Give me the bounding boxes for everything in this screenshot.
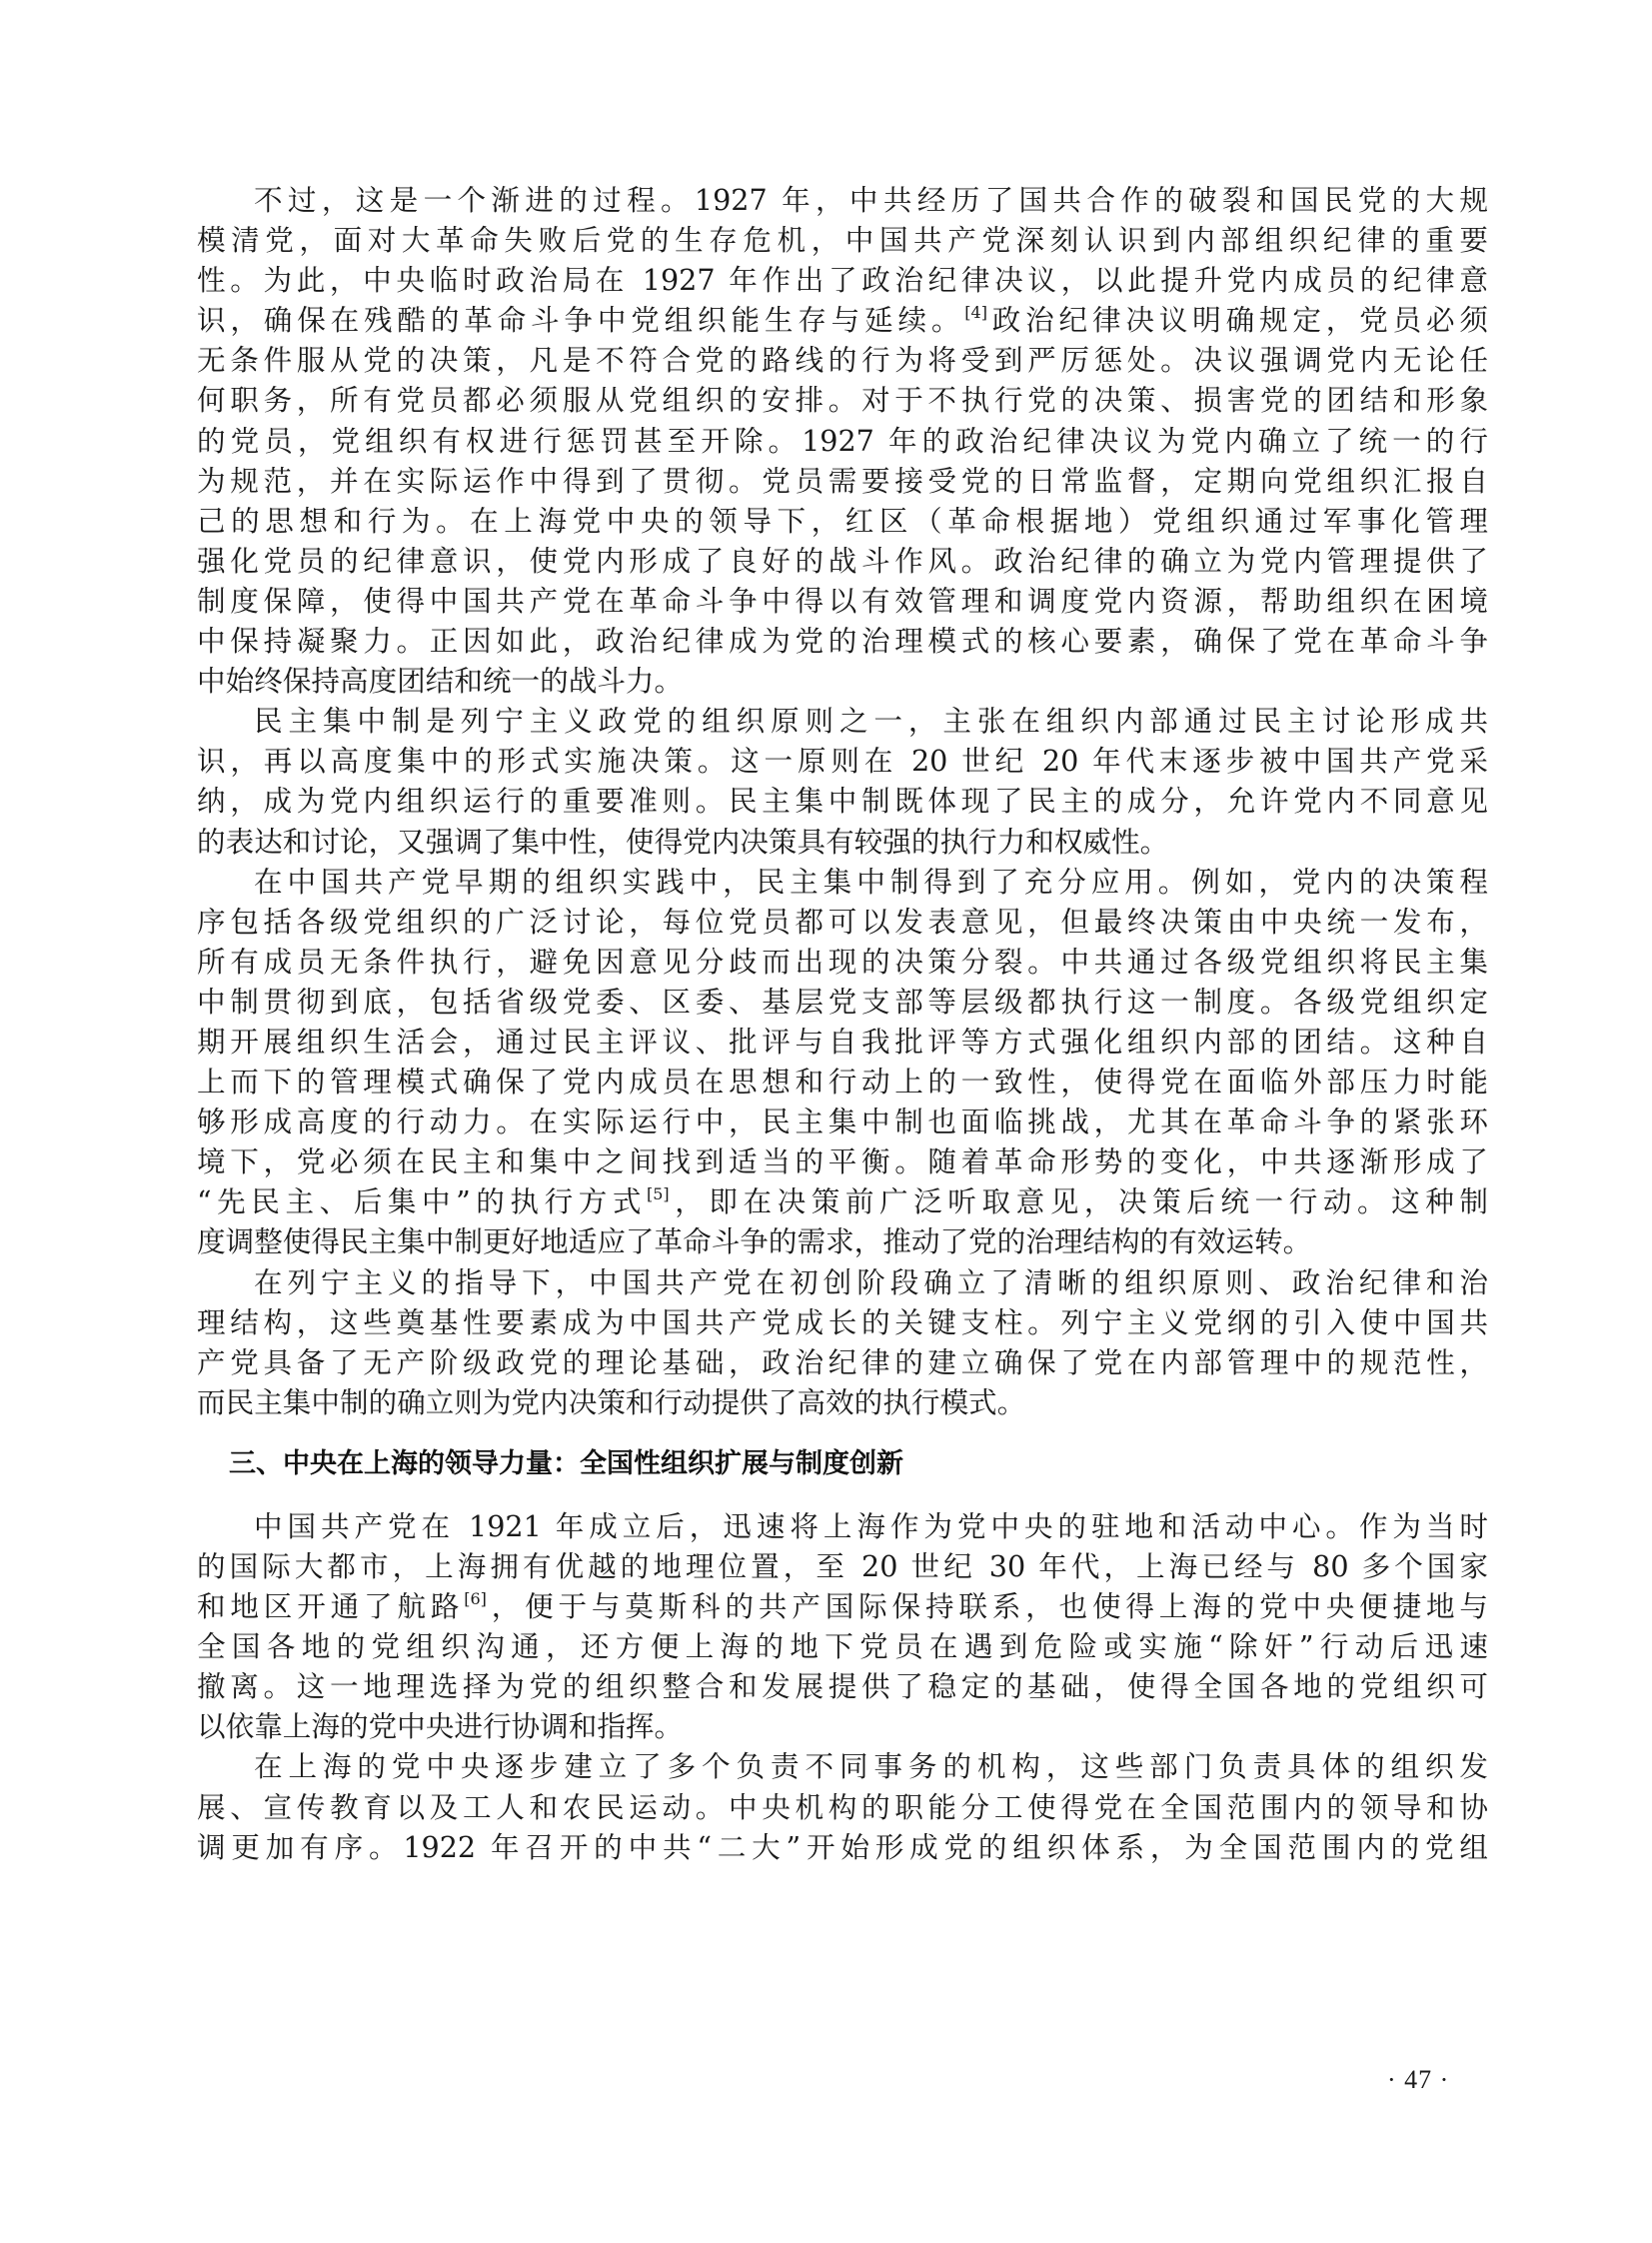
text-line: 无条件服从党的决策，凡是不符合党的路线的行为将受到严厉惩处。决议强调党内无论任 [197,340,1488,380]
text-line: 而民主集中制的确立则为党内决策和行动提供了高效的执行模式。 [197,1382,1488,1422]
text-line: 强化党员的纪律意识，使党内形成了良好的战斗作风。政治纪律的确立为党内管理提供了 [197,541,1488,581]
text-line: 产党具备了无产阶级政党的理论基础，政治纪律的建立确保了党在内部管理中的规范性， [197,1342,1488,1382]
text-line: 模清党，面对大革命失败后党的生存危机，中国共产党深刻认识到内部组织纪律的重要 [197,220,1488,260]
paragraph-political-discipline: 不过，这是一个渐进的过程。1927 年，中共经历了国共合作的破裂和国民党的大规 … [197,180,1488,701]
text-line: 境下，党必须在民主和集中之间找到适当的平衡。随着革命形势的变化，中共逐渐形成了 [197,1141,1488,1181]
document-page: 不过，这是一个渐进的过程。1927 年，中共经历了国共合作的破裂和国民党的大规 … [0,0,1652,2243]
text-line: 序包括各级党组织的广泛讨论，每位党员都可以发表意见，但最终决策由中央统一发布， [197,902,1488,942]
text-line: 调更加有序。1922 年召开的中共“二大”开始形成党的组织体系，为全国范围内的党… [197,1827,1488,1867]
paragraph-central-institutions: 在上海的党中央逐步建立了多个负责不同事务的机构，这些部门负责具体的组织发 展、宣… [197,1746,1488,1866]
paragraph-early-practice: 在中国共产党早期的组织实践中，民主集中制得到了充分应用。例如，党内的决策程 序包… [197,862,1488,1262]
text-line: 中保持凝聚力。正因如此，政治纪律成为党的治理模式的核心要素，确保了党在革命斗争 [197,621,1488,661]
text-line: 上而下的管理模式确保了党内成员在思想和行动上的一致性，使得党在面临外部压力时能 [197,1062,1488,1102]
text-line: 理结构，这些奠基性要素成为中国共产党成长的关键支柱。列宁主义党纲的引入使中国共 [197,1302,1488,1342]
page-number: · 47 · [1387,2065,1449,2095]
text-line: 为规范，并在实际运作中得到了贯彻。党员需要接受党的日常监督，定期向党组织汇报自 [197,461,1488,501]
text-line: 所有成员无条件执行，避免因意见分歧而出现的决策分裂。中共通过各级党组织将民主集 [197,942,1488,982]
text-line: 识，再以高度集中的形式实施决策。这一原则在 20 世纪 20 年代末逐步被中国共… [197,741,1488,781]
text-line: 中国共产党在 1921 年成立后，迅速将上海作为党中央的驻地和活动中心。作为当时 [197,1506,1488,1546]
text-line: 中制贯彻到底，包括省级党委、区委、基层党支部等层级都执行这一制度。各级党组织定 [197,982,1488,1022]
text-line: 性。为此，中央临时政治局在 1927 年作出了政治纪律决议，以此提升党内成员的纪… [197,260,1488,300]
text-line: 够形成高度的行动力。在实际运行中，民主集中制也面临挑战，尤其在革命斗争的紧张环 [197,1102,1488,1141]
text-line: 的国际大都市，上海拥有优越的地理位置，至 20 世纪 30 年代，上海已经与 8… [197,1546,1488,1586]
paragraph-summary: 在列宁主义的指导下，中国共产党在初创阶段确立了清晰的组织原则、政治纪律和治 理结… [197,1262,1488,1422]
text-line: 展、宣传教育以及工人和农民运动。中央机构的职能分工使得党在全国范围内的领导和协 [197,1787,1488,1827]
text-line: 以依靠上海的党中央进行协调和指挥。 [197,1706,1488,1746]
footnote-ref-5[interactable]: [5] [647,1184,670,1203]
paragraph-shanghai-center: 中国共产党在 1921 年成立后，迅速将上海作为党中央的驻地和活动中心。作为当时… [197,1506,1488,1747]
text-line: 的党员，党组织有权进行惩罚甚至开除。1927 年的政治纪律决议为党内确立了统一的… [197,421,1488,461]
text-line: 己的思想和行为。在上海党中央的领导下，红区（革命根据地）党组织通过军事化管理 [197,501,1488,541]
text-line: 不过，这是一个渐进的过程。1927 年，中共经历了国共合作的破裂和国民党的大规 [197,180,1488,220]
text-line: 制度保障，使得中国共产党在革命斗争中得以有效管理和调度党内资源，帮助组织在困境 [197,581,1488,621]
text-line: 撤离。这一地理选择为党的组织整合和发展提供了稳定的基础，使得全国各地的党组织可 [197,1666,1488,1706]
text-line: 识，确保在残酷的革命斗争中党组织能生存与延续。[4]政治纪律决议明确规定，党员必… [197,300,1488,340]
text-line: 纳，成为党内组织运行的重要准则。民主集中制既体现了民主的成分，允许党内不同意见 [197,781,1488,821]
text-line: 全国各地的党组织沟通，还方便上海的地下党员在遇到危险或实施“除奸”行动后迅速 [197,1626,1488,1666]
body-text: 不过，这是一个渐进的过程。1927 年，中共经历了国共合作的破裂和国民党的大规 … [197,180,1488,1867]
text-line: 中始终保持高度团结和统一的战斗力。 [197,661,1488,701]
text-line: 民主集中制是列宁主义政党的组织原则之一，主张在组织内部通过民主讨论形成共 [197,701,1488,741]
text-line: “先民主、后集中”的执行方式[5]，即在决策前广泛听取意见，决策后统一行动。这种… [197,1181,1488,1221]
footnote-ref-4[interactable]: [4] [964,303,987,322]
text-line: 的表达和讨论，又强调了集中性，使得党内决策具有较强的执行力和权威性。 [197,822,1488,862]
text-line: 和地区开通了航路[6]，便于与莫斯科的共产国际保持联系，也使得上海的党中央便捷地… [197,1586,1488,1626]
text-line: 在中国共产党早期的组织实践中，民主集中制得到了充分应用。例如，党内的决策程 [197,862,1488,902]
footnote-ref-6[interactable]: [6] [464,1589,487,1608]
text-line: 度调整使得民主集中制更好地适应了革命斗争的需求，推动了党的治理结构的有效运转。 [197,1221,1488,1261]
paragraph-democratic-centralism: 民主集中制是列宁主义政党的组织原则之一，主张在组织内部通过民主讨论形成共 识，再… [197,701,1488,861]
section-heading: 三、中央在上海的领导力量：全国性组织扩展与制度创新 [197,1444,1488,1484]
text-line: 期开展组织生活会，通过民主评议、批评与自我批评等方式强化组织内部的团结。这种自 [197,1022,1488,1062]
text-line: 在上海的党中央逐步建立了多个负责不同事务的机构，这些部门负责具体的组织发 [197,1746,1488,1786]
text-line: 何职务，所有党员都必须服从党组织的安排。对于不执行党的决策、损害党的团结和形象 [197,380,1488,420]
text-line: 在列宁主义的指导下，中国共产党在初创阶段确立了清晰的组织原则、政治纪律和治 [197,1262,1488,1302]
